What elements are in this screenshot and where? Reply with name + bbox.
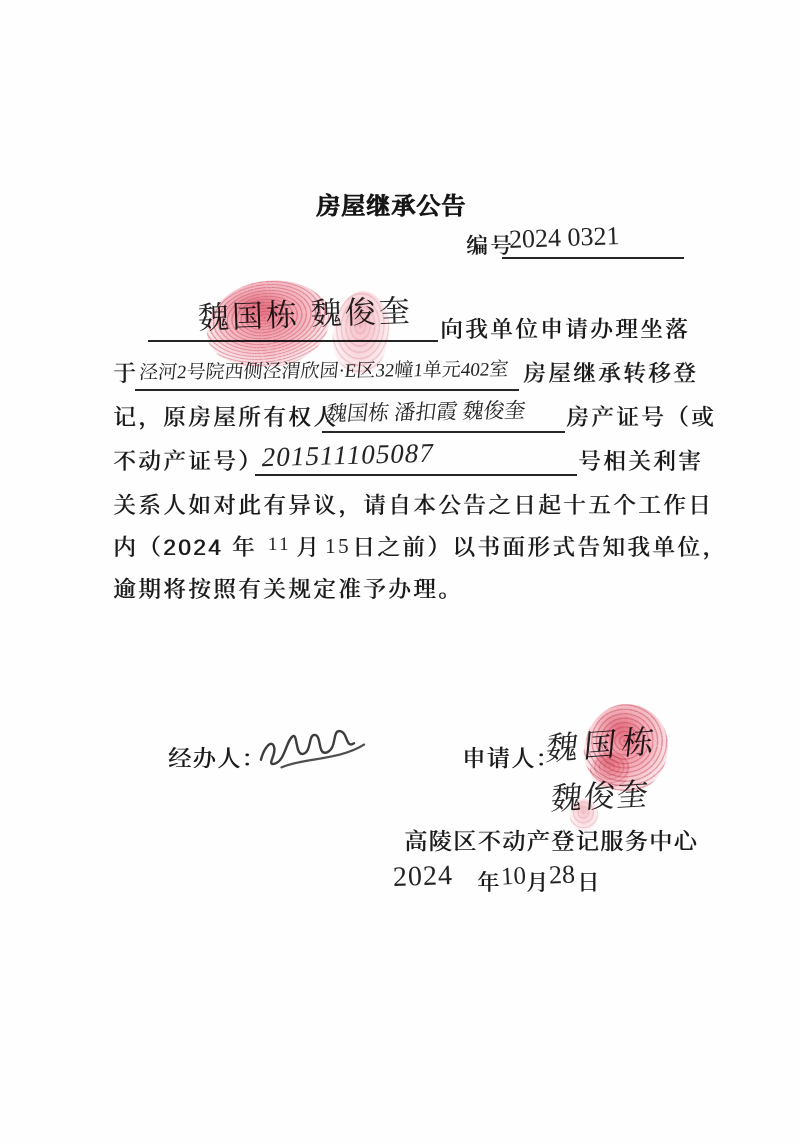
body-line6-prefix: 内（2024 年	[113, 535, 257, 560]
body-line4-prefix: 不动产证号）	[113, 444, 263, 476]
scanned-document-page: 房屋继承公告 编号 2024 0321 魏国栋 魏俊奎 向我单位申请办理坐落 于…	[0, 0, 800, 1146]
applicant-signature-1: 魏国栋	[544, 725, 661, 765]
body-line4-suffix: 号相关利害	[578, 444, 703, 476]
date-year-label: 年	[477, 866, 499, 897]
date-day-handwritten: 28	[549, 862, 576, 889]
body-line7-printed: 逾期将按照有关规定准予办理。	[113, 572, 463, 604]
body-line5-printed: 关系人如对此有异议，请自本公告之日起十五个工作日	[113, 488, 713, 520]
body-line2-suffix: 房屋继承转移登	[523, 356, 698, 388]
date-month-handwritten: 10	[500, 863, 526, 889]
applicant-signature-2: 魏俊奎	[550, 778, 652, 814]
body-line3-prefix: 记，原房屋所有权人	[113, 400, 338, 432]
cert-no-handwritten: 201511105087	[260, 440, 436, 472]
owners-handwritten: 魏国栋 潘扣霞 魏俊奎	[325, 400, 527, 425]
deadline-month-handwritten: 11	[268, 535, 291, 554]
body-line1-printed: 向我单位申请办理坐落	[440, 312, 690, 344]
body-line6-suffix: 日之前）以书面形式告知我单位，	[352, 535, 727, 560]
address-handwritten: 泾河2号院西侧泾渭欣园·E区32幢1单元402室	[138, 360, 509, 382]
applicant-names-handwritten: 魏国栋 魏俊奎	[198, 295, 414, 333]
body-line6: 内（2024 年11月15日之前）以书面形式告知我单位，	[113, 530, 727, 562]
document-title: 房屋继承公告	[316, 186, 466, 221]
organization-name: 高陵区不动产登记服务中心	[404, 823, 698, 856]
date-month-label: 月	[526, 866, 548, 897]
body-line6-mid: 月	[296, 535, 321, 560]
serial-value-handwritten: 2024 0321	[509, 223, 620, 253]
date-day-label: 日	[577, 866, 599, 897]
date-year-handwritten: 2024	[393, 862, 454, 892]
handler-signature	[250, 706, 380, 785]
deadline-day-handwritten: 15	[325, 536, 351, 557]
body-line3-suffix: 房产证号（或	[566, 400, 716, 432]
